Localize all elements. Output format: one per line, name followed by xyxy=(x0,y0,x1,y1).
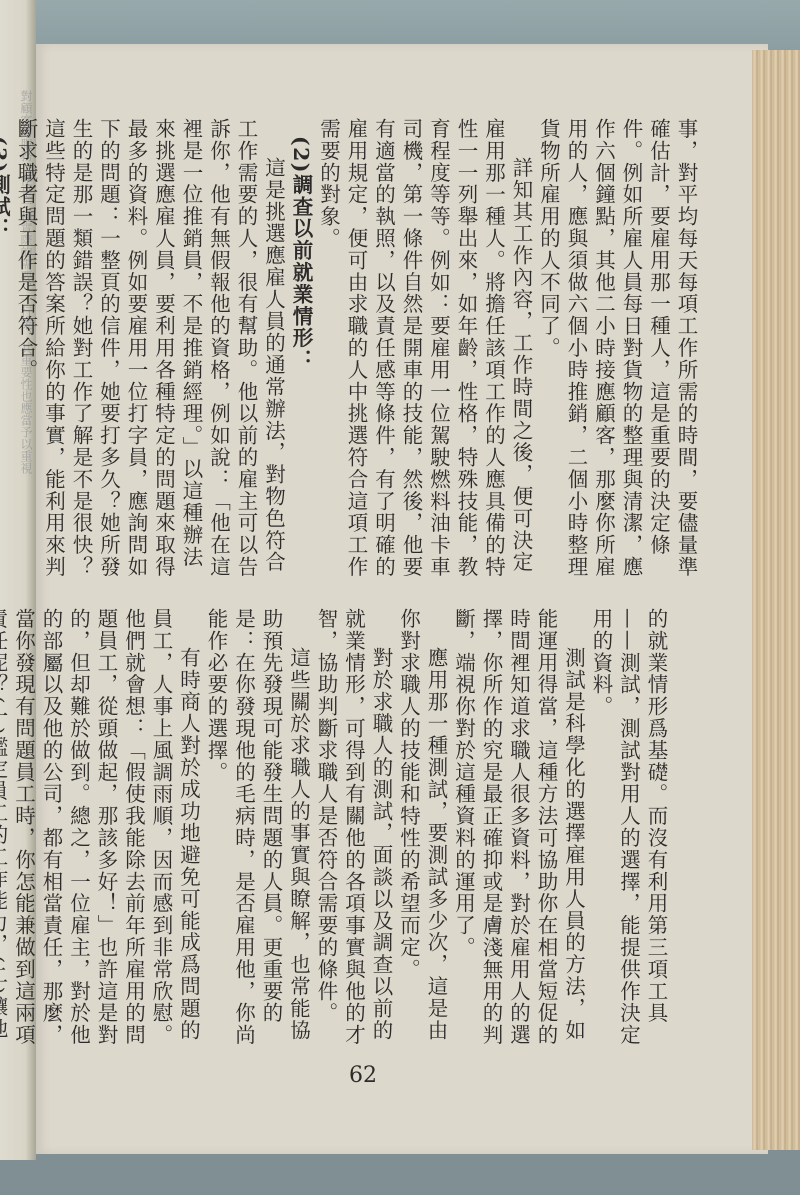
paragraph: 的就業情形爲基礎。而沒有利用第三項工具——測試，測試對用人的選擇，能提供作決定用… xyxy=(587,608,670,1048)
paragraph: 對於求職人的測試，面談以及調查以前的就業情形，可得到有關他的各項事實與他的才智，… xyxy=(312,608,395,1048)
paragraph: 事，對平均每天每項工作所需的時間，要儘量準確估計，要雇用那一種人，這是重要的決定… xyxy=(534,118,699,588)
page-stack-edges xyxy=(752,50,800,1150)
section-heading: (2)調查以前就業情形： xyxy=(287,118,315,588)
paragraph: 這是挑選應雇人員的通常辦法，對物色符合工作需要的人，很有幫助。他以前的雇主可以告… xyxy=(12,118,287,588)
paragraph: 有時商人對於成功地避免可能成爲問題的員工，人事上風調雨順，因而感到非常欣慰。他們… xyxy=(0,608,202,1048)
paragraph: 詳知其工作內容，工作時間之後，便可決定雇用那一種人。將擔任該項工作的人應具備的特… xyxy=(314,118,534,588)
paragraph: 這些關於求職人的事實與瞭解，也常能協助預先發現可能發生問題的人員。更重要的是：在… xyxy=(202,608,312,1048)
paragraph: 應用那一種測試，要測試多少次，這是由你對求職人的技能和特性的希望而定。 xyxy=(394,608,449,1048)
bottom-text-section: 的就業情形爲基礎。而沒有利用第三項工具——測試，測試對用人的選擇，能提供作決定用… xyxy=(44,608,669,1048)
page-number: 62 xyxy=(349,1063,377,1088)
section-heading: (3)測試： xyxy=(0,118,12,588)
background-top xyxy=(0,0,800,50)
background-bottom xyxy=(0,1150,800,1195)
paragraph: 測試是科學化的選擇雇用人員的方法，如能運用得當，這種方法可協助你在相當短促的時間… xyxy=(449,608,587,1048)
top-text-section: 事，對平均每天每項工作所需的時間，要儘量準確估計，要雇用那一種人，這是重要的決定… xyxy=(44,118,699,588)
